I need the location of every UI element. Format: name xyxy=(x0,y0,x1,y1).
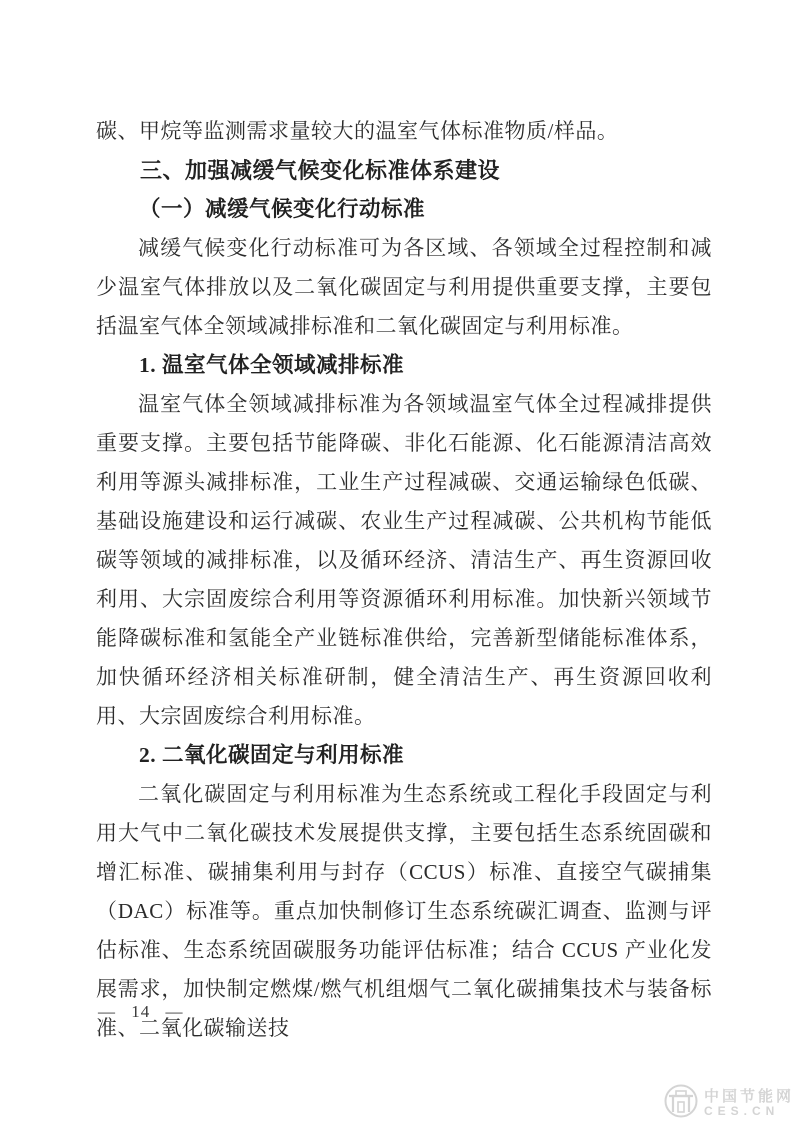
section-heading: 三、加强减缓气候变化标准体系建设 xyxy=(96,151,712,190)
watermark-site-name: 中国节能网 xyxy=(704,1089,794,1106)
item-1-heading: 1. 温室气体全领域减排标准 xyxy=(96,346,712,385)
item-2-heading: 2. 二氧化碳固定与利用标准 xyxy=(96,736,712,775)
document-page: 碳、甲烷等监测需求量较大的温室气体标准物质/样品。 三、加强减缓气候变化标准体系… xyxy=(0,0,800,1132)
paragraph-1: 减缓气候变化行动标准可为各区域、各领域全过程控制和减少温室气体排放以及二氧化碳固… xyxy=(96,229,712,346)
watermark: 中国节能网 CES.CN xyxy=(663,1083,794,1124)
paragraph-3: 二氧化碳固定与利用标准为生态系统或工程化手段固定与利用大气中二氧化碳技术发展提供… xyxy=(96,775,712,1048)
page-number: — 14 — xyxy=(98,1002,184,1022)
paragraph-2: 温室气体全领域减排标准为各领域温室气体全过程减排提供重要支撑。主要包括节能降碳、… xyxy=(96,385,712,736)
watermark-site-domain: CES.CN xyxy=(704,1105,794,1118)
ces-logo-icon xyxy=(663,1083,699,1124)
subsection-heading: （一）减缓气候变化行动标准 xyxy=(96,190,712,229)
paragraph-continuation: 碳、甲烷等监测需求量较大的温室气体标准物质/样品。 xyxy=(96,112,712,151)
document-body: 碳、甲烷等监测需求量较大的温室气体标准物质/样品。 三、加强减缓气候变化标准体系… xyxy=(96,112,712,1048)
watermark-text: 中国节能网 CES.CN xyxy=(704,1089,794,1119)
